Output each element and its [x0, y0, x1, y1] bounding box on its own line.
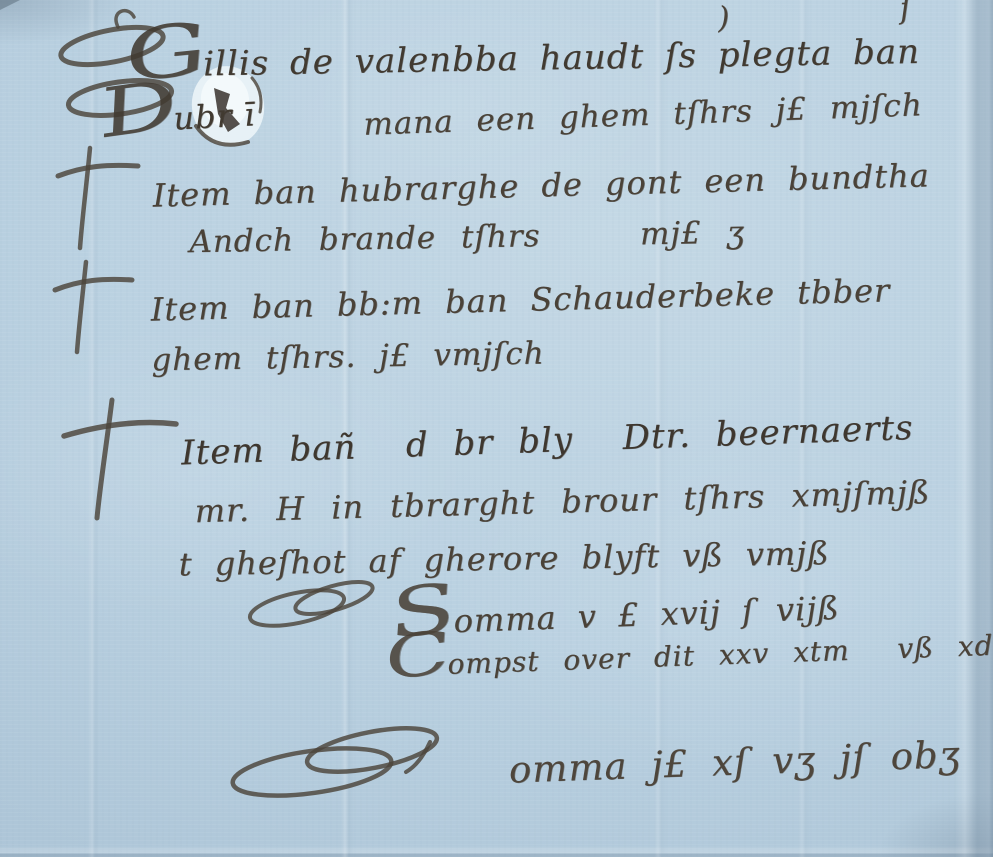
line-initial: G: [126, 49, 209, 58]
paper-right-edge: [955, 0, 993, 857]
somma-total-flourish: [230, 720, 440, 804]
line-text: omma j£ xſ vʒ jſ obʒ: [508, 733, 961, 792]
top-left-corner-shadow: [0, 0, 20, 10]
somma-total: omma j£ xſ vʒ jſ obʒ: [412, 699, 962, 829]
line-initial: D: [100, 104, 179, 115]
line-text: ompst over dit xxv xtm vß xd vijſ p: [447, 625, 993, 681]
line-text: ghem tſhrs. j£ vmjſch: [151, 336, 545, 379]
line-initial: S: [390, 607, 457, 615]
line-initial: C: [385, 652, 451, 660]
manuscript-page: ) ſ oſ — ʒ Gillis de valenbba haudt ſs p…: [0, 0, 993, 857]
